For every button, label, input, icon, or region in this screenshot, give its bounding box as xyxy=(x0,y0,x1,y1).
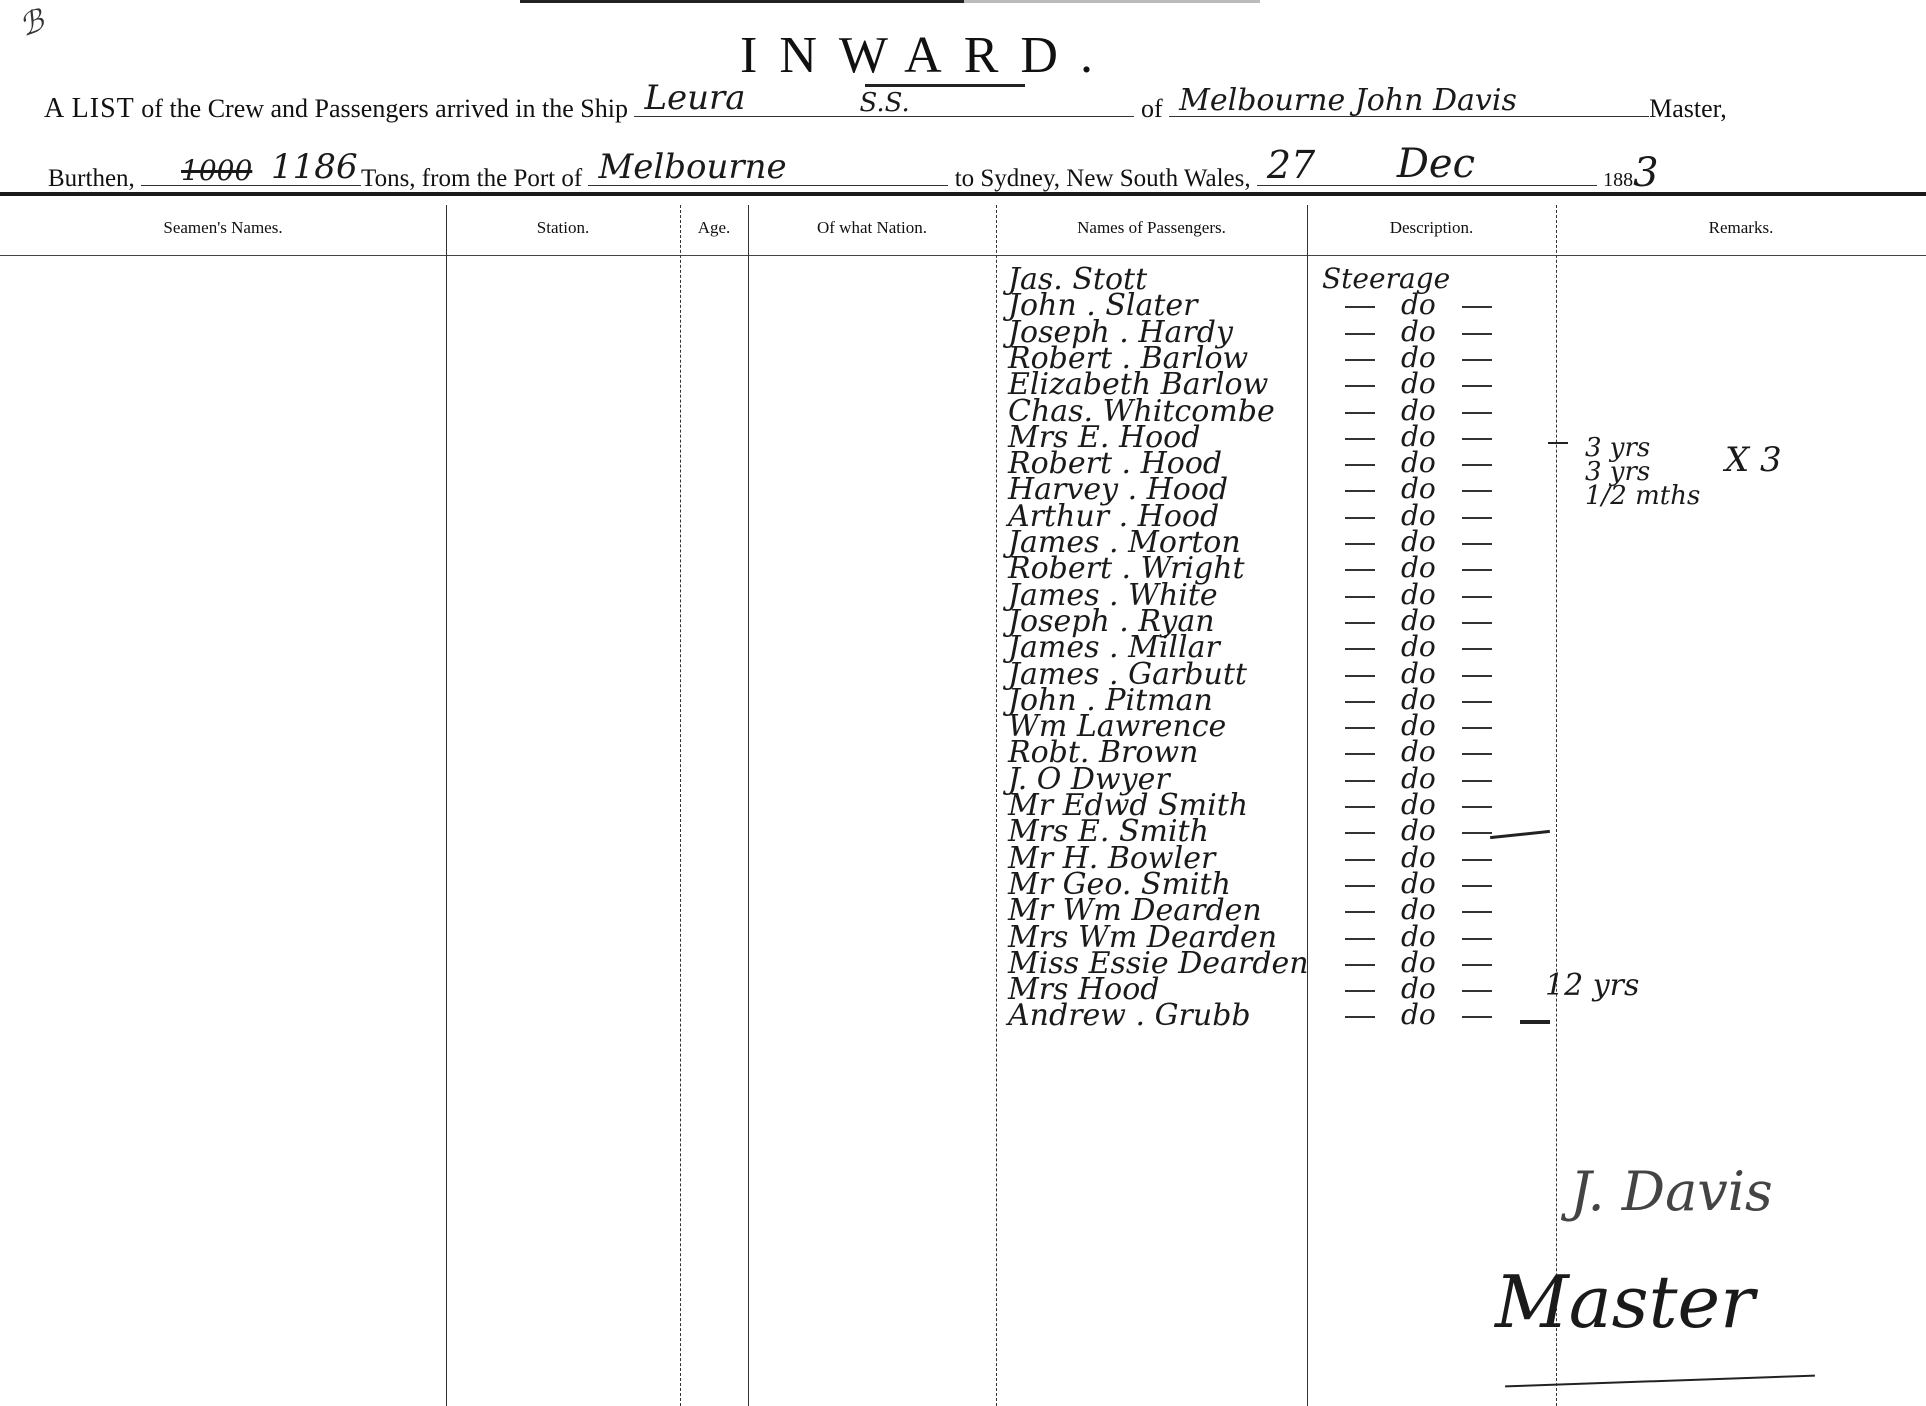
of-label: of xyxy=(1141,94,1163,123)
intro-line: A LIST of the Crew and Passengers arrive… xyxy=(44,92,1727,125)
ditto-dash xyxy=(1462,885,1492,887)
remark-mark: X 3 xyxy=(1725,440,1782,480)
column-divider xyxy=(1556,205,1557,1406)
ditto-dash xyxy=(1345,596,1375,598)
ditto-dash xyxy=(1345,911,1375,913)
column-header-passenger-names: Names of Passengers. xyxy=(996,218,1307,238)
ditto-dash xyxy=(1462,1016,1492,1018)
ditto-dash xyxy=(1345,517,1375,519)
ditto-dash xyxy=(1462,412,1492,414)
remark-ages-group: 3 yrs 3 yrs 1/2 mths xyxy=(1585,436,1700,508)
list-caps-label: A LIST xyxy=(44,93,135,124)
burthen-field: 1000 1186 xyxy=(141,161,361,186)
ditto-dash xyxy=(1462,306,1492,308)
ditto-dash xyxy=(1462,806,1492,808)
ditto-dash xyxy=(1345,1016,1375,1018)
ditto-dash xyxy=(1462,359,1492,361)
remark-stroke xyxy=(1520,1020,1550,1024)
ditto-dash xyxy=(1345,490,1375,492)
registry-master-value: Melbourne John Davis xyxy=(1179,83,1517,118)
ship-suffix-value: S.S. xyxy=(859,88,909,118)
ditto-dash xyxy=(1345,569,1375,571)
column-divider xyxy=(680,205,681,1406)
year-suffix: 3 xyxy=(1633,150,1658,196)
remark-age: 12 yrs xyxy=(1545,968,1639,1003)
ditto-dash xyxy=(1345,938,1375,940)
ditto-dash xyxy=(1462,832,1492,834)
passenger-description: do xyxy=(1345,998,1492,1031)
column-divider xyxy=(1307,205,1308,1406)
ditto-dash xyxy=(1345,359,1375,361)
burthen-label: Burthen, xyxy=(48,165,135,192)
departure-port-field: Melbourne xyxy=(588,161,948,186)
header-top-rule xyxy=(0,192,1926,196)
ditto-dash xyxy=(1462,938,1492,940)
ditto-dash xyxy=(1345,990,1375,992)
ditto-dash xyxy=(1462,701,1492,703)
tons-label: Tons, from the Port of xyxy=(361,165,582,192)
ditto-dash xyxy=(1345,622,1375,624)
ditto-dash xyxy=(1462,780,1492,782)
ditto-dash xyxy=(1345,464,1375,466)
ditto-dash xyxy=(1462,753,1492,755)
corner-handwritten-mark: ℬ xyxy=(15,3,49,44)
ditto-dash xyxy=(1345,701,1375,703)
port-of-registry-field: Melbourne John Davis xyxy=(1169,92,1649,117)
ditto-dash xyxy=(1462,543,1492,545)
ditto-dash xyxy=(1345,438,1375,440)
ditto-dash xyxy=(1462,385,1492,387)
ditto-dash xyxy=(1345,753,1375,755)
intro-text: of the Crew and Passengers arrived in th… xyxy=(141,94,628,123)
column-header-description: Description. xyxy=(1307,218,1556,238)
ditto-dash xyxy=(1345,859,1375,861)
ditto-dash xyxy=(1345,385,1375,387)
ditto-dash xyxy=(1345,885,1375,887)
ditto-dash xyxy=(1462,727,1492,729)
ditto-dash xyxy=(1345,806,1375,808)
ditto-dash xyxy=(1462,964,1492,966)
column-header-seamens-names: Seamen's Names. xyxy=(0,218,446,238)
arrival-day-value: 27 xyxy=(1267,143,1315,187)
column-header-nation: Of what Nation. xyxy=(748,218,996,238)
ditto-dash xyxy=(1345,543,1375,545)
signature-initials: J. Davis xyxy=(1570,1160,1773,1223)
column-divider xyxy=(748,205,749,1406)
burthen-struck-value: 1000 xyxy=(181,154,252,187)
ditto-dash xyxy=(1345,306,1375,308)
ditto-dash xyxy=(1462,333,1492,335)
ditto-dash xyxy=(1462,911,1492,913)
ship-name-value: Leura xyxy=(644,78,745,118)
column-divider xyxy=(996,205,997,1406)
ditto-dash xyxy=(1345,648,1375,650)
column-divider xyxy=(446,205,447,1406)
ditto-dash xyxy=(1462,569,1492,571)
ditto-mark: do xyxy=(1401,998,1436,1031)
title-underline xyxy=(865,84,1025,87)
signature-underline xyxy=(1505,1375,1815,1388)
top-rule xyxy=(520,0,1260,3)
ditto-dash xyxy=(1345,964,1375,966)
ditto-dash xyxy=(1462,464,1492,466)
column-header-station: Station. xyxy=(446,218,680,238)
ditto-dash xyxy=(1345,412,1375,414)
remark-line: 1/2 mths xyxy=(1585,484,1700,508)
ditto-dash xyxy=(1462,490,1492,492)
column-header-remarks: Remarks. xyxy=(1556,218,1926,238)
ditto-dash xyxy=(1462,675,1492,677)
year-prefix: 188 xyxy=(1603,169,1633,191)
burthen-value: 1186 xyxy=(271,147,358,187)
passenger-name: Andrew . Grubb xyxy=(1008,998,1251,1033)
remark-bracket xyxy=(1548,442,1568,444)
destination-label: to Sydney, New South Wales, xyxy=(955,165,1251,192)
burthen-line: Burthen, 1000 1186 Tons, from the Port o… xyxy=(48,150,1659,196)
ditto-dash xyxy=(1345,727,1375,729)
arrival-date-field: 27 Dec xyxy=(1257,161,1597,186)
master-label: Master, xyxy=(1649,94,1727,123)
ditto-dash xyxy=(1345,675,1375,677)
arrival-month-value: Dec xyxy=(1397,141,1475,187)
column-header-age: Age. xyxy=(680,218,748,238)
departure-port-value: Melbourne xyxy=(598,147,786,187)
header-bottom-rule xyxy=(0,255,1926,256)
remark-stroke xyxy=(1490,830,1550,839)
ditto-dash xyxy=(1345,832,1375,834)
ditto-dash xyxy=(1462,438,1492,440)
ship-name-field: Leura S.S. xyxy=(634,92,1134,117)
ditto-dash xyxy=(1345,333,1375,335)
ditto-dash xyxy=(1462,648,1492,650)
ditto-dash xyxy=(1462,517,1492,519)
ditto-dash xyxy=(1462,859,1492,861)
ditto-dash xyxy=(1345,780,1375,782)
signature-master: Master xyxy=(1495,1260,1755,1344)
ditto-dash xyxy=(1462,990,1492,992)
ditto-dash xyxy=(1462,596,1492,598)
page-title: INWARD. xyxy=(740,26,1115,85)
ditto-dash xyxy=(1462,622,1492,624)
